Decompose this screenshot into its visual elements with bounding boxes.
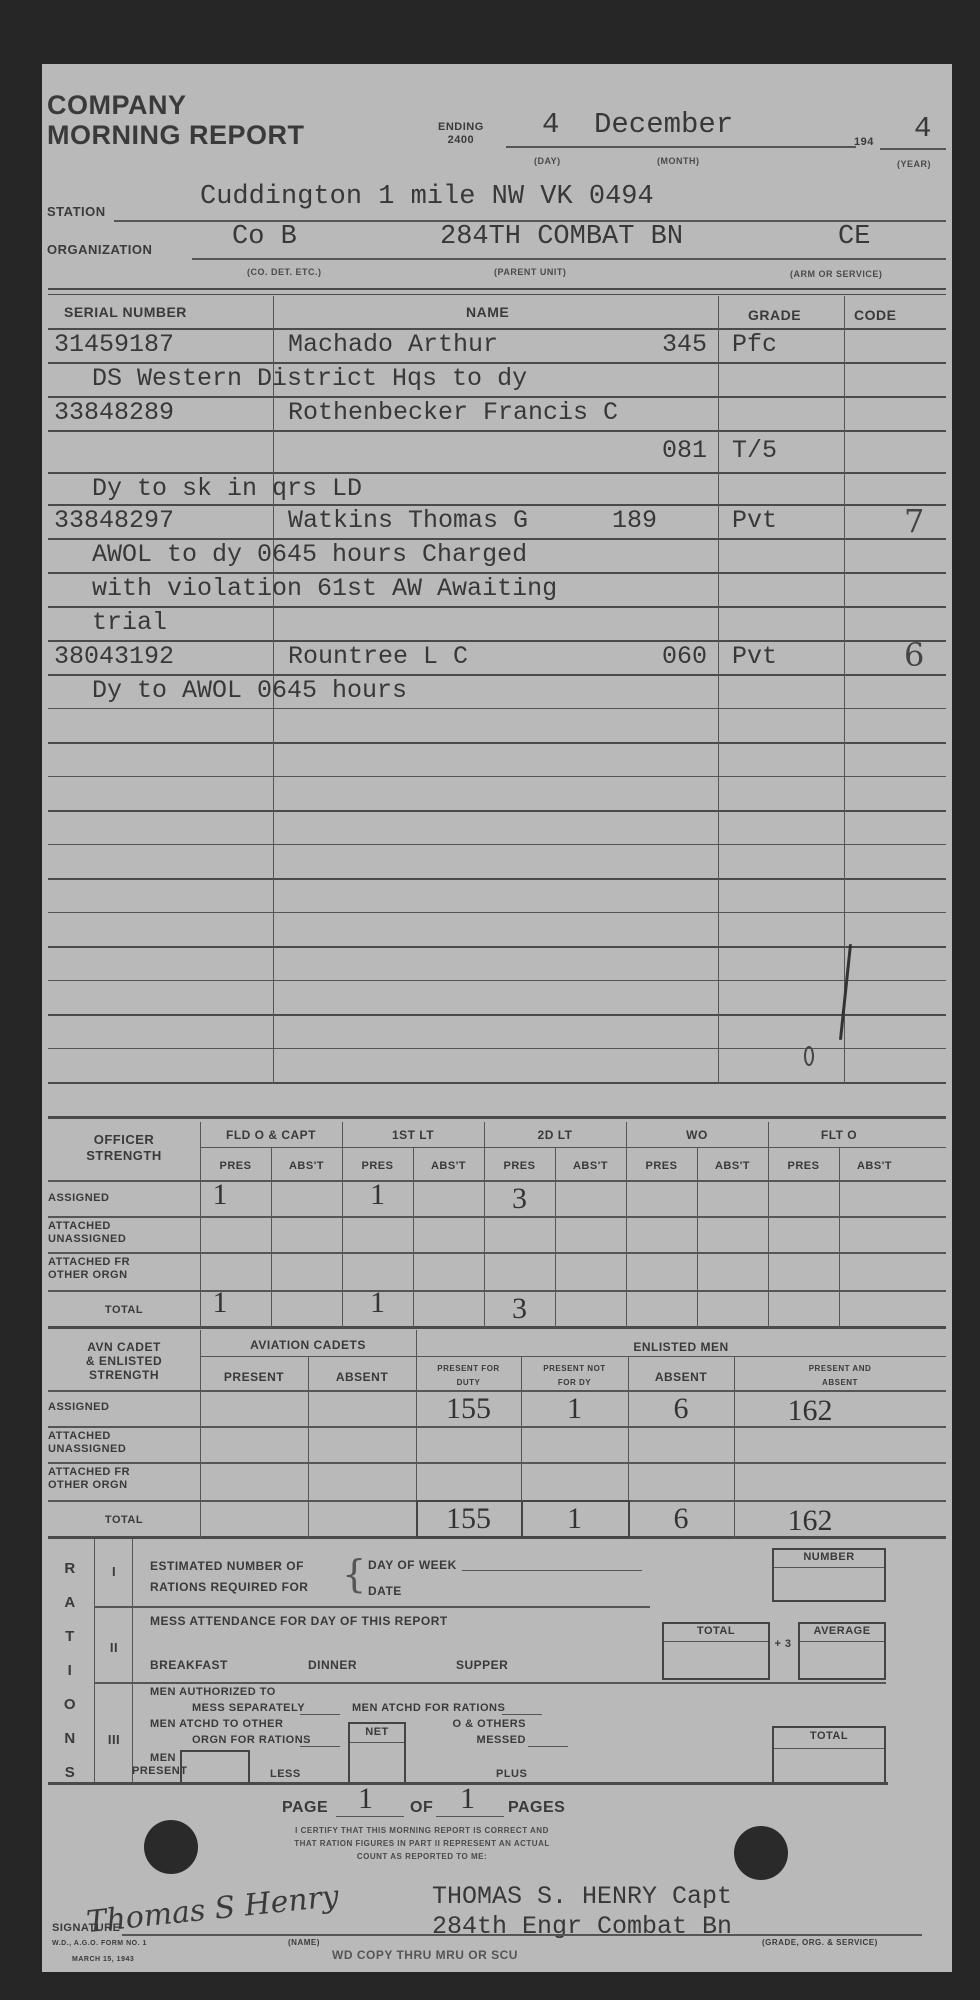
entries-top-rule-2 (48, 294, 946, 295)
row-rule-thin (48, 844, 946, 845)
row-rule (48, 946, 946, 948)
average-box-rule (800, 1641, 884, 1642)
men-authorized-label: MEN AUTHORIZED TO (150, 1686, 276, 1698)
binder-hole-right (734, 1826, 788, 1880)
entries-top-rule (48, 288, 946, 290)
col-divider (271, 1148, 272, 1328)
breakfast-label: BREAKFAST (150, 1658, 228, 1672)
morning-report-form: COMPANY MORNING REPORT ENDING 2400 4 Dec… (42, 64, 952, 1972)
rations-side-label: R A T I O N S (60, 1552, 80, 1790)
col-divider (200, 1330, 201, 1538)
ending-label: ENDING 2400 (438, 121, 484, 147)
part-ii-rule (94, 1682, 886, 1684)
rations-numeral-divider (132, 1538, 133, 1782)
page-value: 1 (358, 1782, 373, 1816)
entry-remark: with violation 61st AW Awaiting (92, 574, 557, 603)
row-rule-thin (48, 776, 946, 777)
company-caption: (CO. DET. ETC.) (247, 267, 322, 277)
parent-caption: (PARENT UNIT) (494, 267, 566, 277)
sub-abst: ABS'T (271, 1160, 342, 1172)
row-label-attached-unassigned: ATTACHED UNASSIGNED (48, 1430, 168, 1456)
group-rule (200, 1147, 946, 1148)
rations-total-label: TOTAL (772, 1730, 886, 1742)
col-present-not-for-dy: PRESENT NOT FOR DY (521, 1362, 628, 1390)
number-box-label: NUMBER (772, 1551, 886, 1563)
col-absent: ABSENT (628, 1370, 734, 1384)
plus-label: PLUS (496, 1768, 527, 1780)
row-rule-thin (48, 912, 946, 913)
total-box-rule (664, 1641, 768, 1642)
col-header-grade: GRADE (748, 307, 801, 323)
col-header-serial: SERIAL NUMBER (64, 304, 187, 320)
day-value: 4 (542, 108, 559, 141)
label-line: RATIONS REQUIRED FOR (150, 1577, 308, 1598)
row-label-attached-other: ATTACHED FR OTHER ORGN (48, 1466, 168, 1492)
messed-label: MESSED (442, 1734, 526, 1746)
entry-num: 189 (612, 506, 657, 535)
side-letter: T (60, 1620, 80, 1654)
entry-num: 345 (662, 330, 707, 359)
dinner-label: DINNER (308, 1658, 357, 1672)
number-box-rule (774, 1567, 884, 1568)
mess-separately-field[interactable] (300, 1714, 340, 1715)
form-title: COMPANY MORNING REPORT (47, 90, 305, 150)
station-value: Cuddington 1 mile NW VK 0494 (200, 182, 654, 212)
part-ii-numeral: II (102, 1640, 126, 1655)
entry-code: 6 (904, 636, 924, 674)
date-underline (506, 146, 856, 148)
rations-total-rule (774, 1748, 884, 1749)
side-letter: A (60, 1586, 80, 1620)
entry-grade: T/5 (732, 436, 777, 465)
col-divider-grade (718, 296, 719, 1084)
form-date: MARCH 15, 1943 (72, 1956, 134, 1963)
title-line: AVN CADET (48, 1340, 200, 1354)
officer-bottom-rule (48, 1326, 946, 1329)
row-rule-thin (48, 980, 946, 981)
group-1st-lt: 1ST LT (342, 1128, 484, 1142)
entry-code: 7 (904, 502, 924, 540)
men-present-box[interactable] (180, 1750, 250, 1784)
group-wo: WO (626, 1128, 768, 1142)
messed-field[interactable] (528, 1746, 568, 1747)
title-line-1: COMPANY (47, 90, 305, 120)
arm-caption: (ARM OR SERVICE) (790, 269, 882, 279)
row-rule (48, 810, 946, 812)
officer-total-1stlt-pres: 1 (342, 1286, 413, 1320)
col-divider (413, 1148, 414, 1328)
men-atchd-rations-label: MEN ATCHD FOR RATIONS (352, 1702, 505, 1714)
average-label: AVERAGE (798, 1625, 886, 1637)
form-number: W.D., A.G.O. FORM NO. 1 (52, 1940, 147, 1947)
day-caption: (DAY) (534, 156, 561, 166)
entry-remark: AWOL to dy 0645 hours Charged (92, 540, 527, 569)
pencil-mark (839, 944, 852, 1040)
title-line: STRENGTH (48, 1368, 200, 1382)
entry-num: 060 (662, 642, 707, 671)
net-box-rule (350, 1742, 404, 1743)
row-label-assigned: ASSIGNED (48, 1192, 109, 1204)
col-divider (308, 1356, 309, 1538)
year-prefix: 194 (854, 136, 874, 148)
day-of-week-field[interactable] (462, 1570, 642, 1571)
enlisted-assigned-present-duty: 155 (416, 1392, 521, 1426)
ending-text: ENDING (438, 121, 484, 134)
of-value: 1 (460, 1782, 475, 1816)
grade-caption: (GRADE, ORG. & SERVICE) (762, 1938, 878, 1947)
entry-serial: 33848289 (54, 398, 174, 427)
entry-name: Rountree L C (288, 642, 468, 671)
month-caption: (MONTH) (657, 156, 700, 166)
sub-pres: PRES (626, 1160, 697, 1172)
entry-num: 081 (662, 436, 707, 465)
enlisted-assigned-present-not-duty: 1 (521, 1392, 628, 1426)
entry-remark: Dy to AWOL 0645 hours (92, 676, 407, 705)
col-divider-code (844, 296, 845, 1084)
row-rule (48, 1082, 946, 1084)
certify-line: I CERTIFY THAT THIS MORNING REPORT IS CO… (192, 1824, 652, 1837)
side-letter: I (60, 1654, 80, 1688)
col-header-code: CODE (854, 307, 896, 323)
col-divider (839, 1148, 840, 1328)
row-rule (48, 640, 946, 642)
title-line-2: MORNING REPORT (47, 120, 305, 150)
divide-by-three: + 3 (772, 1636, 794, 1652)
year-caption: (YEAR) (897, 159, 931, 169)
orgn-for-rations-label: ORGN FOR RATIONS (192, 1734, 311, 1746)
orgn-for-rations-field[interactable] (300, 1746, 340, 1747)
entry-serial: 31459187 (54, 330, 174, 359)
row-label-assigned: ASSIGNED (48, 1401, 109, 1413)
sub-pres: PRES (768, 1160, 839, 1172)
officer-assigned-1stlt-pres: 1 (342, 1178, 413, 1212)
group-enlisted-men: ENLISTED MEN (416, 1340, 946, 1354)
date-label: DATE (368, 1584, 402, 1598)
entry-name: Rothenbecker Francis C (288, 398, 618, 427)
supper-label: SUPPER (456, 1658, 508, 1672)
brace-icon: { (342, 1554, 366, 1594)
group-rule (200, 1356, 946, 1357)
entry-serial: 33848297 (54, 506, 174, 535)
mess-separately-label: MESS SEPARATELY (192, 1702, 305, 1714)
wd-copy-stamp: WD COPY THRU MRU OR SCU (332, 1948, 518, 1962)
station-label: STATION (47, 204, 106, 219)
org-company: Co B (232, 222, 297, 252)
entry-name: Watkins Thomas G (288, 506, 528, 535)
sub-pres: PRES (484, 1160, 555, 1172)
officer-assigned-fldo-pres: 1 (200, 1178, 240, 1212)
enlisted-total-present-duty: 155 (416, 1502, 521, 1536)
month-value: December (594, 108, 733, 141)
certify-line: COUNT AS REPORTED TO ME: (192, 1850, 652, 1863)
org-underline (192, 258, 946, 260)
handwritten-signature: Thomas S Henry (85, 1879, 341, 1940)
col-divider (697, 1148, 698, 1328)
signer-name: THOMAS S. HENRY Capt (432, 1882, 732, 1911)
signer-unit: 284th Engr Combat Bn (432, 1912, 732, 1941)
pages-label: PAGES (508, 1799, 565, 1817)
label-line: PRESENT (132, 1765, 176, 1778)
entry-serial: 38043192 (54, 642, 174, 671)
col-divider (768, 1122, 769, 1328)
title-line: OFFICER (48, 1132, 200, 1148)
label-line: MEN (132, 1752, 176, 1765)
sub-pres: PRES (342, 1160, 413, 1172)
year-value: 4 (914, 112, 931, 145)
group-aviation-cadets: AVIATION CADETS (200, 1338, 416, 1352)
enlisted-total-all: 162 (734, 1504, 946, 1538)
enlisted-total-absent: 6 (628, 1502, 734, 1536)
officer-total-fldo-pres: 1 (200, 1286, 240, 1320)
row-label-attached-unassigned: ATTACHED UNASSIGNED (48, 1220, 168, 1246)
row-rule-thin (48, 708, 946, 709)
less-label: LESS (270, 1768, 301, 1780)
attendance-total-label: TOTAL (662, 1625, 770, 1637)
men-present-label: MEN PRESENT (132, 1752, 176, 1778)
year-underline (880, 148, 946, 150)
men-atchd-rations-field[interactable] (502, 1714, 542, 1715)
enlisted-assigned-total: 162 (734, 1394, 946, 1428)
page-label: PAGE (282, 1799, 328, 1817)
officer-assigned-2dlt-pres: 3 (484, 1182, 555, 1216)
entry-grade: Pfc (732, 330, 777, 359)
name-caption: (NAME) (288, 1938, 320, 1947)
col-header-name: NAME (466, 304, 509, 320)
col-present-and-absent: PRESENT AND ABSENT (734, 1362, 946, 1390)
enlisted-total-present-not-duty: 1 (521, 1502, 628, 1536)
entry-grade: Pvt (732, 642, 777, 671)
net-label: NET (348, 1726, 406, 1738)
o-others-label: O & OTHERS (442, 1718, 526, 1730)
row-rule (48, 878, 946, 880)
day-of-week-label: DAY OF WEEK (368, 1558, 457, 1572)
title-line: & ENLISTED (48, 1354, 200, 1368)
rations-estimate-label: ESTIMATED NUMBER OF RATIONS REQUIRED FOR (150, 1556, 308, 1598)
col-divider (626, 1122, 627, 1328)
of-label: OF (410, 1799, 433, 1817)
page-field-line (336, 1816, 404, 1817)
entry-remark: Dy to sk in qrs LD (92, 474, 362, 503)
row-label-attached-other: ATTACHED FR OTHER ORGN (48, 1256, 168, 1282)
row-rule (48, 606, 946, 608)
officer-total-2dlt-pres: 3 (484, 1292, 555, 1326)
sub-pres: PRES (200, 1160, 271, 1172)
org-arm: CE (838, 222, 870, 252)
part-iii-numeral: III (102, 1732, 126, 1747)
row-rule (48, 742, 946, 744)
row-label-total: TOTAL (48, 1304, 200, 1316)
of-field-line (436, 1816, 504, 1817)
pencil-mark-oval (804, 1046, 814, 1066)
row-rule (48, 1252, 946, 1254)
enlisted-assigned-absent: 6 (628, 1392, 734, 1426)
col-present-for-duty: PRESENT FOR DUTY (416, 1362, 521, 1390)
sub-abst: ABS'T (839, 1160, 910, 1172)
organization-label: ORGANIZATION (47, 242, 152, 257)
label-line: ESTIMATED NUMBER OF (150, 1556, 308, 1577)
part-i-rule (94, 1606, 650, 1608)
side-letter: N (60, 1722, 80, 1756)
row-rule (48, 1216, 946, 1218)
col-divider (555, 1148, 556, 1328)
row-label-total: TOTAL (48, 1514, 200, 1526)
side-letter: O (60, 1688, 80, 1722)
col-cadets-present: PRESENT (200, 1370, 308, 1384)
men-atchd-other-label: MEN ATCHD TO OTHER (150, 1718, 283, 1730)
certification-text: I CERTIFY THAT THIS MORNING REPORT IS CO… (192, 1824, 652, 1863)
col-cadets-absent: ABSENT (308, 1370, 416, 1384)
group-flt-o: FLT O (768, 1128, 910, 1142)
sub-abst: ABS'T (555, 1160, 626, 1172)
entries-bottom-rule (48, 1116, 946, 1119)
entry-remark: trial (92, 608, 167, 637)
signature-line (122, 1934, 922, 1936)
row-rule (48, 1462, 946, 1464)
ending-time: 2400 (438, 134, 484, 147)
rations-side-divider (94, 1538, 95, 1782)
title-line: STRENGTH (48, 1148, 200, 1164)
entry-remark: DS Western District Hqs to dy (92, 364, 527, 393)
row-rule (48, 430, 946, 432)
enlisted-strength-title: AVN CADET & ENLISTED STRENGTH (48, 1340, 200, 1382)
row-rule (48, 1014, 946, 1016)
entry-grade: Pvt (732, 506, 777, 535)
part-i-numeral: I (102, 1564, 126, 1579)
sub-abst: ABS'T (413, 1160, 484, 1172)
org-parent: 284TH COMBAT BN (440, 222, 683, 252)
binder-hole-left (144, 1820, 198, 1874)
signature-label: SIGNATURE (52, 1922, 120, 1934)
entry-name: Machado Arthur (288, 330, 498, 359)
sub-abst: ABS'T (697, 1160, 768, 1172)
group-2d-lt: 2D LT (484, 1128, 626, 1142)
group-fld-o-capt: FLD O & CAPT (200, 1128, 342, 1142)
certify-line: THAT RATION FIGURES IN PART II REPRESENT… (192, 1837, 652, 1850)
mess-attendance-title: MESS ATTENDANCE FOR DAY OF THIS REPORT (150, 1614, 448, 1628)
side-letter: R (60, 1552, 80, 1586)
officer-strength-title: OFFICER STRENGTH (48, 1132, 200, 1164)
